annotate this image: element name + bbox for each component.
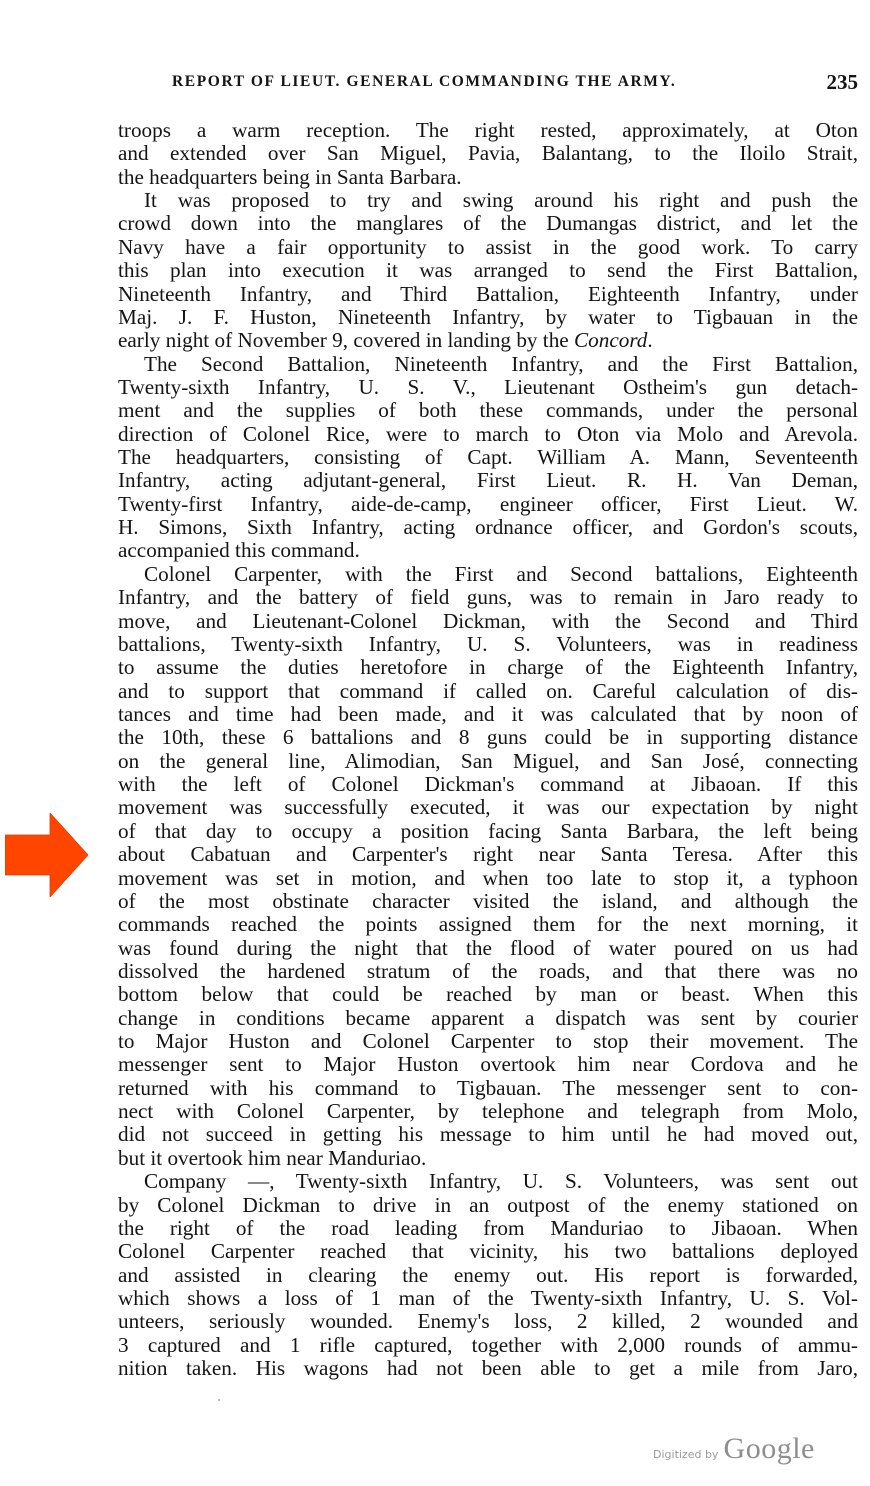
text-line: nect with Colonel Carpenter, by telephon…	[118, 1100, 858, 1123]
paragraph: troops a warm reception. The right reste…	[118, 119, 858, 189]
text-line: but it overtook him near Manduriao.	[118, 1147, 858, 1170]
text-line: was found during the night that the floo…	[118, 937, 858, 960]
text-line: change in conditions became apparent a d…	[118, 1007, 858, 1030]
text-line: Navy have a fair opportunity to assist i…	[118, 236, 858, 259]
text-line: about Cabatuan and Carpenter's right nea…	[118, 843, 858, 866]
text-line: crowd down into the manglares of the Dum…	[118, 212, 858, 235]
text-line: did not succeed in getting his message t…	[118, 1123, 858, 1146]
page-header: REPORT OF LIEUT. GENERAL COMMANDING THE …	[172, 70, 858, 96]
text-line: and extended over San Miguel, Pavia, Bal…	[118, 142, 858, 165]
text-line: Colonel Carpenter, with the First and Se…	[118, 563, 858, 586]
text-line: of the most obstinate character visited …	[118, 890, 858, 913]
text-line: movement was successfully executed, it w…	[118, 796, 858, 819]
text-line: Nineteenth Infantry, and Third Battalion…	[118, 283, 858, 306]
text-line: and assisted in clearing the enemy out. …	[118, 1264, 858, 1287]
text-line: nition taken. His wagons had not been ab…	[118, 1357, 858, 1380]
paragraph: The Second Battalion, Nineteenth Infantr…	[118, 353, 858, 563]
scan-speck	[218, 1399, 220, 1401]
text-line: troops a warm reception. The right reste…	[118, 119, 858, 142]
text-line: unteers, seriously wounded. Enemy's loss…	[118, 1310, 858, 1333]
running-head: REPORT OF LIEUT. GENERAL COMMANDING THE …	[172, 73, 676, 91]
text-line: battalions, Twenty-sixth Infantry, U. S.…	[118, 633, 858, 656]
text-line: returned with his command to Tigbauan. T…	[118, 1077, 858, 1100]
text-line: the 10th, these 6 battalions and 8 guns …	[118, 726, 858, 749]
text-line: bottom below that could be reached by ma…	[118, 983, 858, 1006]
text-line: ment and the supplies of both these comm…	[118, 399, 858, 422]
text-line: The headquarters, consisting of Capt. Wi…	[118, 446, 858, 469]
page-number: 235	[827, 70, 859, 95]
text-line: the headquarters being in Santa Barbara.	[118, 166, 858, 189]
text-line: to Major Huston and Colonel Carpenter to…	[118, 1030, 858, 1053]
text-line: which shows a loss of 1 man of the Twent…	[118, 1287, 858, 1310]
text-line: Maj. J. F. Huston, Nineteenth Infantry, …	[118, 306, 858, 329]
text-line: accompanied this command.	[118, 539, 858, 562]
text-line: Twenty-first Infantry, aide-de-camp, eng…	[118, 493, 858, 516]
paragraph: Colonel Carpenter, with the First and Se…	[118, 563, 858, 1170]
text-line: movement was set in motion, and when too…	[118, 867, 858, 890]
google-logo-text: Google	[724, 1432, 815, 1465]
text-line: move, and Lieutenant-Colonel Dickman, wi…	[118, 610, 858, 633]
text-line: early night of November 9, covered in la…	[118, 329, 858, 352]
text-line: The Second Battalion, Nineteenth Infantr…	[118, 353, 858, 376]
text-line: commands reached the points assigned the…	[118, 913, 858, 936]
text-line: Infantry, acting adjutant-general, First…	[118, 469, 858, 492]
text-line: messenger sent to Major Huston overtook …	[118, 1053, 858, 1076]
watermark-prefix: Digitized by	[653, 1448, 718, 1461]
text-line: Infantry, and the battery of field guns,…	[118, 586, 858, 609]
italic-ship-name: Concord	[574, 328, 647, 352]
text-line: direction of Colonel Rice, were to march…	[118, 423, 858, 446]
text-line: on the general line, Alimodian, San Migu…	[118, 750, 858, 773]
body-text: troops a warm reception. The right reste…	[118, 119, 858, 1380]
paragraph: Company —, Twenty-sixth Infantry, U. S. …	[118, 1170, 858, 1380]
digitized-by-google-watermark: Digitized by Google	[653, 1432, 815, 1468]
text-line: of that day to occupy a position facing …	[118, 820, 858, 843]
text-line: It was proposed to try and swing around …	[118, 189, 858, 212]
text-line: and to support that command if called on…	[118, 680, 858, 703]
text-line: H. Simons, Sixth Infantry, acting ordnan…	[118, 516, 858, 539]
text-line: by Colonel Dickman to drive in an outpos…	[118, 1194, 858, 1217]
text-line: Twenty-sixth Infantry, U. S. V., Lieuten…	[118, 376, 858, 399]
text-line: dissolved the hardened stratum of the ro…	[118, 960, 858, 983]
text-line: Colonel Carpenter reached that vicinity,…	[118, 1240, 858, 1263]
text-line: 3 captured and 1 rifle captured, togethe…	[118, 1334, 858, 1357]
text-line: tances and time had been made, and it wa…	[118, 703, 858, 726]
text-line: to assume the duties heretofore in charg…	[118, 656, 858, 679]
text-line: with the left of Colonel Dickman's comma…	[118, 773, 858, 796]
text-line: Company —, Twenty-sixth Infantry, U. S. …	[118, 1170, 858, 1193]
right-arrow-icon	[5, 813, 88, 897]
text-line: the right of the road leading from Mandu…	[118, 1217, 858, 1240]
text-line: this plan into execution it was arranged…	[118, 259, 858, 282]
paragraph: It was proposed to try and swing around …	[118, 189, 858, 353]
